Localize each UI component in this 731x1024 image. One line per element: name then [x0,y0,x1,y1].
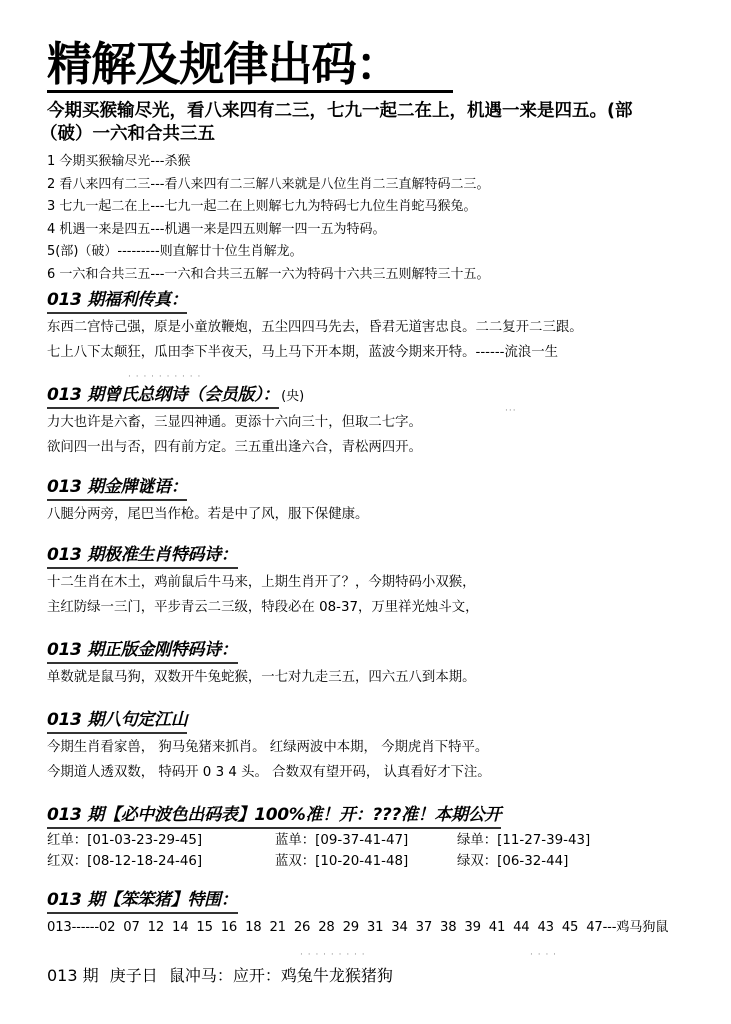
verse-line: 今期道人透双数， 特码开 0 3 4 头。 合数双有望开码， 认真看好才下注。 [47,761,491,786]
section-body: 八腿分两旁，尾巴当作枪。若是中了风，服下保健康。 [47,503,368,528]
final-period: 013 期 [47,966,99,985]
rule-list: 1 今期买猴输尽光---杀猴 2 看八来四有二三---看八来四有二三解八来就是八… [47,151,489,287]
verse-line: 力大也许是六畜，三显四神通。更添十六向三十，但取二七字。 [47,411,422,436]
section-jingang: 013 期正版金刚特码诗： 单数就是鼠马狗，双数开牛兔蛇猴，一七对九走三五，四六… [47,639,476,691]
title-underline [47,90,453,93]
section-bozhong: 013 期【必中波色出码表】100%准！开：???准！本期公开 红单：[01-0… [47,804,590,872]
verse-line: 今期生肖看家兽， 狗马兔猪来抓肖。 红绿两波中本期， 今期虎肖下特平。 [47,736,491,761]
section-zengshi: 013 期曾氏总纲诗（会员版）：(央) 力大也许是六畜，三显四神通。更添十六向三… [47,384,422,460]
verse-line: 十二生肖在木土，鸡前鼠后牛马来，上期生肖开了？，今期特码小双猴， [47,571,479,596]
decorative-dots: · · · · · · · · · · [128,372,201,382]
section-bajudingjiangshan: 013 期八句定江山 今期生肖看家兽， 狗马兔猪来抓肖。 红绿两波中本期， 今期… [47,709,491,785]
rule-item: 3 七九一起二在上---七九一起二在上则解七九为特码七九位生肖蛇马猴兔。 [47,196,489,219]
intro-verse: 今期买猴输尽光，看八来四有二三，七九一起二在上，机遇一来是四五。(部 （破）一六… [47,100,633,146]
section-benbenzhu: 013 期【笨笨猪】特围： 013------02 07 12 14 15 16… [47,889,668,939]
section-title-text: 013 期曾氏总纲诗（会员版）： [47,385,279,405]
document-page: 精解及规律出码： 今期买猴输尽光，看八来四有二三，七九一起二在上，机遇一来是四五… [0,0,731,1024]
wave-color-table: 红单：[01-03-23-29-45] 蓝单：[09-37-41-47] 绿单：… [47,831,590,872]
rule-item: 1 今期买猴输尽光---杀猴 [47,151,489,174]
intro-line-1: 今期买猴输尽光，看八来四有二三，七九一起二在上，机遇一来是四五。(部 [47,100,633,123]
rule-item: 5(部)（破）---------则直解廿十位生肖解龙。 [47,241,489,264]
number-list: 013------02 07 12 14 15 16 18 21 26 28 2… [47,917,668,939]
section-title: 013 期【笨笨猪】特围： [47,889,238,914]
section-body: 十二生肖在木土，鸡前鼠后牛马来，上期生肖开了？，今期特码小双猴， 主红防绿一三门… [47,571,479,620]
rule-item: 6 一六和合共三五---一六和合共三五解一六为特码十六共三五则解特三十五。 [47,264,489,287]
wave-row-double: 红双：[08-12-18-24-46] 蓝双：[10-20-41-48] 绿双：… [47,852,590,873]
verse-line: 单数就是鼠马狗，双数开牛兔蛇猴，一七对九走三五，四六五八到本期。 [47,666,476,691]
section-title: 013 期【必中波色出码表】100%准！开：???准！本期公开 [47,804,501,829]
rule-item: 2 看八来四有二三---看八来四有二三解八来就是八位生肖二三直解特码二三。 [47,174,489,197]
decorative-dots: · · · · [530,950,557,960]
intro-line-2: （破）一六和合共三五 [40,123,633,146]
section-title: 013 期金牌谜语： [47,476,187,501]
section-title: 013 期极准生肖特码诗： [47,544,238,569]
section-jinpai: 013 期金牌谜语： 八腿分两旁，尾巴当作枪。若是中了风，服下保健康。 [47,476,368,528]
verse-line: 欲问四一出与否，四有前方定。三五重出逢六合，青松两四开。 [47,436,422,461]
section-body: 单数就是鼠马狗，双数开牛兔蛇猴，一七对九走三五，四六五八到本期。 [47,666,476,691]
section-title: 013 期八句定江山 [47,709,187,734]
section-body: 东西二宫恃己强，原是小童放鞭炮，五尘四四马先去，昏君无道害忠良。二二复开二三跟。… [47,316,583,365]
verse-line: 八腿分两旁，尾巴当作枪。若是中了风，服下保健康。 [47,503,368,528]
section-body: 今期生肖看家兽， 狗马兔猪来抓肖。 红绿两波中本期， 今期虎肖下特平。 今期道人… [47,736,491,785]
verse-line: 七上八下太颠狂，瓜田李下半夜天，马上马下开本期，蓝波今期来开特。------流浪… [47,341,583,366]
wave-cell-red-double: 红双：[08-12-18-24-46] [47,852,275,873]
wave-cell-blue-double: 蓝双：[10-20-41-48] [275,852,457,873]
section-title: 013 期福利传真： [47,289,187,314]
section-jizhun: 013 期极准生肖特码诗： 十二生肖在木土，鸡前鼠后牛马来，上期生肖开了？，今期… [47,544,479,620]
wave-cell-red-single: 红单：[01-03-23-29-45] [47,831,275,852]
decorative-dots: ··· [505,406,517,416]
verse-line: 主红防绿一三门，平步青云二三级，特段必在 08-37，万里祥光烛斗文， [47,596,479,621]
decorative-dots: · · · · · · · · · [300,950,366,960]
section-fuli: 013 期福利传真： 东西二宫恃己强，原是小童放鞭炮，五尘四四马先去，昏君无道害… [47,289,583,365]
rule-item: 4 机遇一来是四五---机遇一来是四五则解一四一五为特码。 [47,219,489,242]
section-title: 013 期曾氏总纲诗（会员版）： [47,384,279,409]
section-title: 013 期正版金刚特码诗： [47,639,238,664]
wave-cell-green-double: 绿双：[06-32-44] [457,852,568,873]
wave-cell-green-single: 绿单：[11-27-39-43] [457,831,590,852]
wave-cell-blue-single: 蓝单：[09-37-41-47] [275,831,457,852]
section-title-suffix: (央) [281,389,304,404]
main-title: 精解及规律出码： [47,38,400,90]
final-prediction: 013 期 庚子日 鼠冲马：应开：鸡兔牛龙猴猪狗 [47,964,399,988]
final-day: 庚子日 [110,966,158,985]
final-clash: 鼠冲马：应开：鸡兔牛龙猴猪狗 [169,966,393,985]
section-body: 力大也许是六畜，三显四神通。更添十六向三十，但取二七字。 欲问四一出与否，四有前… [47,411,422,460]
wave-row-single: 红单：[01-03-23-29-45] 蓝单：[09-37-41-47] 绿单：… [47,831,590,852]
verse-line: 东西二宫恃己强，原是小童放鞭炮，五尘四四马先去，昏君无道害忠良。二二复开二三跟。 [47,316,583,341]
